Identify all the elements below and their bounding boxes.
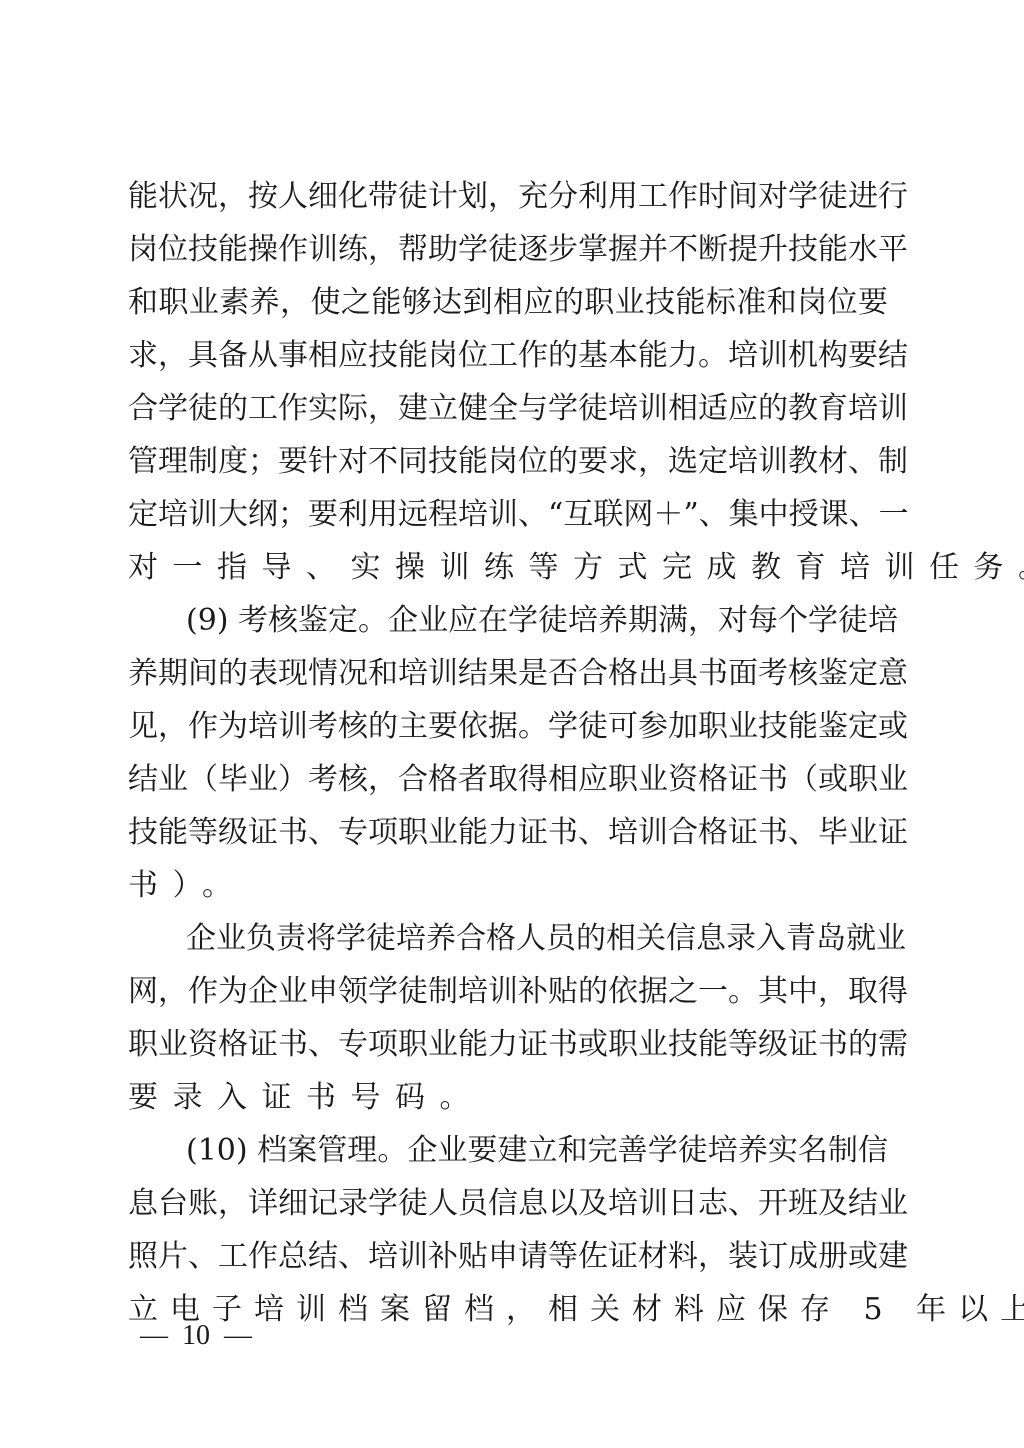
- text-line: 结业（毕业）考核，合格者取得相应职业资格证书（或职业: [128, 758, 888, 802]
- text-line: 能状况，按人细化带徒计划，充分利用工作时间对学徒进行: [128, 175, 888, 219]
- text-line: 求，具备从事相应技能岗位工作的基本能力。培训机构要结: [128, 334, 888, 378]
- text-line: 对一指导、实操训练等方式完成教育培训任务。: [128, 546, 888, 590]
- text-line: 岗位技能操作训练，帮助学徒逐步掌握并不断提升技能水平: [128, 228, 888, 272]
- text-line: 管理制度；要针对不同技能岗位的要求，选定培训教材、制: [128, 440, 888, 484]
- text-line: 息台账，详细记录学徒人员信息以及培训日志、开班及结业: [128, 1182, 888, 1226]
- text-line: 技能等级证书、专项职业能力证书、培训合格证书、毕业证: [128, 811, 888, 855]
- text-line: 照片、工作总结、培训补贴申请等佐证材料，装订成册或建: [128, 1235, 888, 1279]
- text-line: 和职业素养，使之能够达到相应的职业技能标准和岗位要: [128, 281, 888, 325]
- paragraph-start-line: 企业负责将学徒培养合格人员的相关信息录入青岛就业: [186, 917, 888, 961]
- document-page: 能状况，按人细化带徒计划，充分利用工作时间对学徒进行 岗位技能操作训练，帮助学徒…: [0, 0, 1024, 1448]
- section-heading-line: (9) 考核鉴定。企业应在学徒培养期满，对每个学徒培: [186, 599, 888, 643]
- text-line: 合学徒的工作实际，建立健全与学徒培训相适应的教育培训: [128, 387, 888, 431]
- section-heading-line: (10) 档案管理。企业要建立和完善学徒培养实名制信: [186, 1129, 888, 1173]
- text-line: 网，作为企业申领学徒制培训补贴的依据之一。其中，取得: [128, 970, 888, 1014]
- text-line: 养期间的表现情况和培训结果是否合格出具书面考核鉴定意: [128, 652, 888, 696]
- text-line: 见，作为培训考核的主要依据。学徒可参加职业技能鉴定或: [128, 705, 888, 749]
- text-line: 定培训大纲；要利用远程培训、“互联网＋”、集中授课、一: [128, 493, 888, 537]
- page-number: — 10 —: [140, 1318, 252, 1354]
- text-line: 职业资格证书、专项职业能力证书或职业技能等级证书的需: [128, 1023, 888, 1067]
- text-line: 书）。: [128, 864, 888, 908]
- text-line: 要录入证书号码。: [128, 1076, 888, 1120]
